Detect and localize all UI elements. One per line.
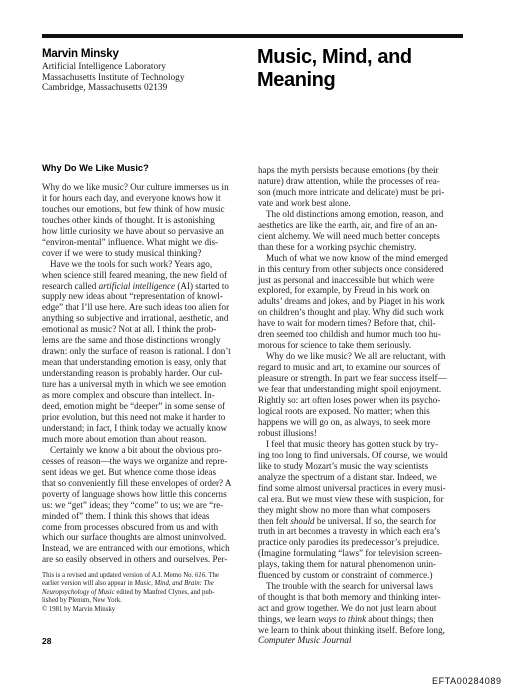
text-line: things, we learn ways to think about thi… — [258, 614, 472, 625]
text-line: ture has a universal myth in which we se… — [42, 379, 252, 390]
text-line: as more complex and obscure than intelle… — [42, 390, 252, 401]
text-line: pleasure or strength. In part we fear su… — [258, 373, 472, 384]
text-line: cesses of reason—the ways we organize an… — [42, 456, 252, 467]
text-line: it for hours each day, and everyone know… — [42, 193, 252, 204]
text-line: drawn: only the surface of reason is rat… — [42, 346, 252, 357]
text-line: in this century from other subjects once… — [258, 264, 472, 275]
text-line: cal era. But we must view these with sus… — [258, 494, 472, 505]
text-line: “environ-mental” influence. What might w… — [42, 237, 252, 248]
text-line: truth in art becomes a travesty in which… — [258, 526, 472, 537]
footnote: This is a revised and updated version of… — [42, 572, 257, 614]
text-line: when science still feared meaning, the n… — [42, 270, 252, 281]
emphasis-ways-to-think: ways to think — [318, 614, 366, 624]
affiliation-lab: Artificial Intelligence Laboratory — [42, 62, 242, 73]
header-rule — [42, 34, 463, 38]
text-line: son (much more intricate and delicate) m… — [258, 187, 472, 198]
text-line: vate and work best alone. — [258, 198, 472, 209]
affiliation-institute: Massachusetts Institute of Technology — [42, 73, 242, 84]
footnote-line: earlier version will also appear in Musi… — [42, 580, 257, 588]
text-line: mean that understanding emotion is easy,… — [42, 357, 252, 368]
text-line: have to wait for modern times? Before th… — [258, 318, 472, 329]
text-line: then felt should be universal. If so, th… — [258, 516, 472, 527]
text-line: minded of” them. I think this shows that… — [42, 511, 252, 522]
footnote-line: This is a revised and updated version of… — [42, 572, 257, 580]
text-line: supply new ideas about “representation o… — [42, 291, 252, 302]
text-line: aesthetics are like the earth, air, and … — [258, 220, 472, 231]
text-line: morous for science to take them seriousl… — [258, 340, 472, 351]
text-span: earlier version will also appear in — [42, 580, 134, 587]
text-line: Much of what we now know of the mind eme… — [258, 253, 472, 264]
text-line: edge” that I’ll use here. Are such ideas… — [42, 302, 252, 313]
copyright-line: © 1981 by Marvin Minsky — [42, 606, 257, 614]
footnote-line: Neuropsychology of Music edited by Manfr… — [42, 589, 257, 597]
footnote-line: lished by Plenum, New York. — [42, 597, 257, 605]
text-line: like to study Mozart’s music the way sci… — [258, 461, 472, 472]
text-span: . The — [205, 572, 219, 579]
title-line: Music, Mind, and — [257, 46, 467, 69]
book-title: Music, Mind, and Brain: The — [134, 580, 213, 587]
document-id: EFTA00284089 — [432, 676, 502, 686]
text-line: plays, taking them for natural phenomeno… — [258, 559, 472, 570]
text-line: haps the myth persists because emotions … — [258, 165, 472, 176]
text-line: Why do we like music? We all are relucta… — [258, 351, 472, 362]
right-column: haps the myth persists because emotions … — [258, 165, 472, 636]
text-span: then felt — [258, 516, 288, 526]
text-line: happens we will go on, as always, to see… — [258, 417, 472, 428]
text-line: practice only parodies its predecessor’s… — [258, 537, 472, 548]
text-span: edited by Manfred Clynes, and pub- — [115, 589, 215, 596]
text-line: Certainly we know a bit about the obviou… — [42, 445, 252, 456]
text-span: This is a revised and updated version of… — [42, 572, 195, 579]
text-line: explored, for example, by Freud in his w… — [258, 285, 472, 296]
author-block: Marvin Minsky Artificial Intelligence La… — [42, 48, 242, 94]
text-line: anything so subjective and irrational, a… — [42, 313, 252, 324]
text-line: The trouble with the search for universa… — [258, 581, 472, 592]
text-line: analyze the spectrum of a distant star. … — [258, 472, 472, 483]
text-line: act and grow together. We do not just le… — [258, 603, 472, 614]
text-line: dren seemed too childish and humor much … — [258, 329, 472, 340]
text-line: of thought is that both memory and think… — [258, 592, 472, 603]
text-line: are so easily observed in others and our… — [42, 554, 252, 565]
author-name: Marvin Minsky — [42, 48, 242, 60]
text-line: The old distinctions among emotion, reas… — [258, 209, 472, 220]
text-line: I feel that music theory has gotten stuc… — [258, 439, 472, 450]
article-title: Music, Mind, and Meaning — [257, 46, 467, 92]
text-line: understanding reason is probably harder.… — [42, 368, 252, 379]
text-line: us: we “get” ideas; they “come” to us; w… — [42, 500, 252, 511]
text-line: logical roots are exposed. No matter; wh… — [258, 406, 472, 417]
text-line: come from processes obscured from us and… — [42, 522, 252, 533]
text-line: which our surface thoughts are almost un… — [42, 532, 252, 543]
text-line: they might show no more than what compos… — [258, 505, 472, 516]
page-number: 28 — [42, 636, 51, 646]
text-line: we fear that understanding might spoil e… — [258, 384, 472, 395]
text-line: ing too long to find universals. Of cour… — [258, 450, 472, 461]
text-line: sent ideas we get. But whence come those… — [42, 467, 252, 478]
text-line: emotional as music? Not at all. I think … — [42, 324, 252, 335]
text-line: (Imagine formulating “laws” for televisi… — [258, 548, 472, 559]
text-line: just as personal and inaccessible but wh… — [258, 275, 472, 286]
affiliation-address: Cambridge, Massachusetts 02139 — [42, 83, 242, 94]
text-span: about things; then — [368, 614, 433, 624]
section-heading: Why Do We Like Music? — [42, 163, 252, 174]
text-line: cient alchemy. We will need much better … — [258, 231, 472, 242]
title-line: Meaning — [257, 69, 467, 92]
text-span: (AI) started to — [177, 281, 229, 291]
emphasis-ai: artificial intelligence — [99, 281, 176, 291]
text-line: find some almost universal practices in … — [258, 483, 472, 494]
emphasis-should: should — [290, 516, 314, 526]
left-column: Why Do We Like Music? Why do we like mus… — [42, 163, 252, 565]
text-line: understand; in fact, I think today we ac… — [42, 423, 252, 434]
text-line: fluenced by custom or constraint of comm… — [258, 570, 472, 581]
text-line: robust illusions! — [258, 428, 472, 439]
text-line: nature) draw attention, while the proces… — [258, 176, 472, 187]
text-line: on children’s thought and play. Why did … — [258, 307, 472, 318]
text-line: lems are the same and those distinctions… — [42, 335, 252, 346]
text-line: touches other kinds of thought. It is as… — [42, 215, 252, 226]
text-line: much more about emotion than about reaso… — [42, 434, 252, 445]
text-line: regard to music and art, to examine our … — [258, 362, 472, 373]
text-line: poverty of language shows how little thi… — [42, 489, 252, 500]
text-span: be universal. If so, the search for — [317, 516, 436, 526]
text-line: how little curiosity we have about so pe… — [42, 226, 252, 237]
text-line: Why do we like music? Our culture immers… — [42, 182, 252, 193]
text-line: than these for a working psychic chemist… — [258, 242, 472, 253]
text-line: we learn to think about thinking itself.… — [258, 625, 472, 636]
text-line: prior evolution, but this need not make … — [42, 412, 252, 423]
text-line: Rightly so: art often loses power when i… — [258, 395, 472, 406]
text-line: deed, emotion might be “deeper” in some … — [42, 401, 252, 412]
journal-name: Computer Music Journal — [258, 636, 351, 646]
text-line: research called artificial intelligence … — [42, 281, 252, 292]
text-span: things, we learn — [258, 614, 316, 624]
memo-number: 616 — [195, 572, 205, 579]
text-span: research called — [42, 281, 96, 291]
book-subtitle: Neuropsychology of Music — [42, 589, 115, 596]
text-line: Instead, we are entranced with our emoti… — [42, 543, 252, 554]
text-line: adults’ dreams and jokes, and by Piaget … — [258, 296, 472, 307]
text-line: touches our emotions, but few think of h… — [42, 204, 252, 215]
text-line: cover if we were to study musical thinki… — [42, 248, 252, 259]
text-line: Have we the tools for such work? Years a… — [42, 259, 252, 270]
text-line: that so conveniently fill these envelope… — [42, 478, 252, 489]
